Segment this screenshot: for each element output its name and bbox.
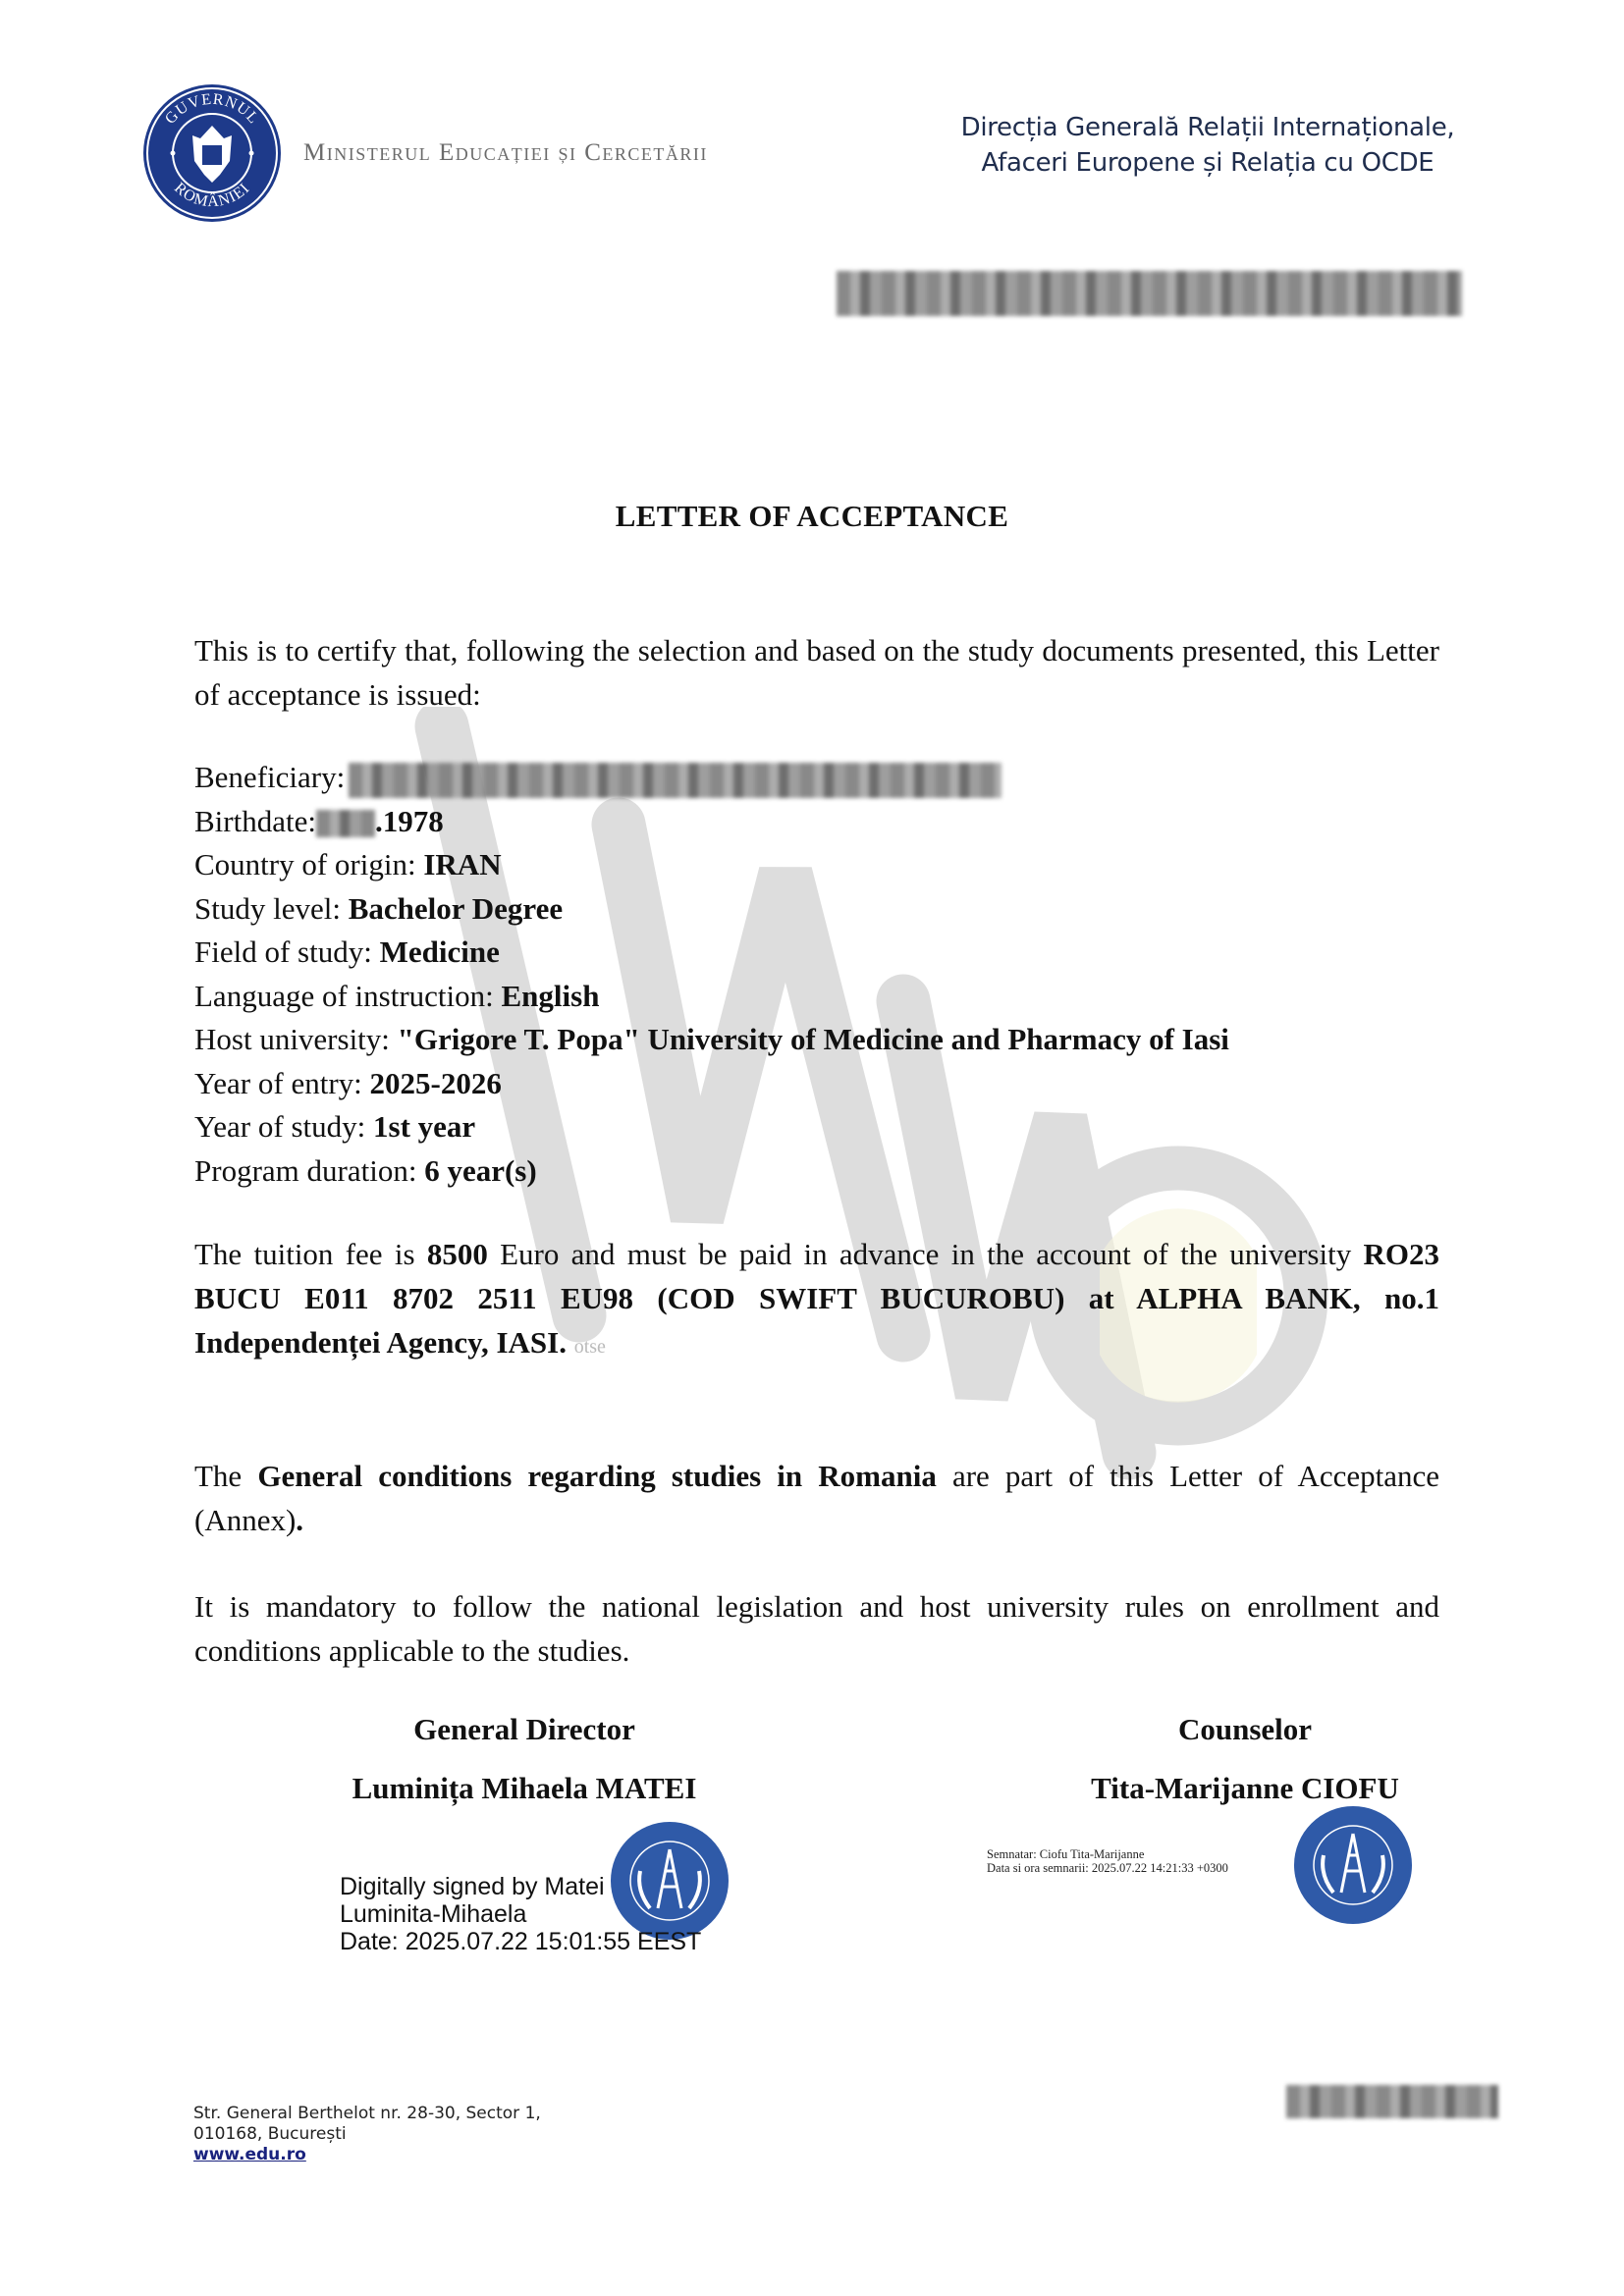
mandatory-paragraph: It is mandatory to follow the national l… xyxy=(194,1584,1439,1673)
field-year-of-entry: Year of entry: 2025-2026 xyxy=(194,1062,1229,1106)
stamp-icon-right xyxy=(1294,1806,1412,1924)
field-study-level: Study level: Bachelor Degree xyxy=(194,887,1229,932)
redacted-birth-day-month xyxy=(316,810,375,837)
redacted-footer-code xyxy=(1286,2085,1498,2118)
digital-signature-left: Digitally signed by Matei Luminita-Mihae… xyxy=(340,1873,701,1955)
field-beneficiary: Beneficiary: xyxy=(194,756,1229,800)
field-program-duration: Program duration: 6 year(s) xyxy=(194,1149,1229,1194)
signer-right-name: Tita-Marijanne CIOFU xyxy=(1000,1771,1490,1806)
field-language: Language of instruction: English xyxy=(194,975,1229,1019)
footer-address: Str. General Berthelot nr. 28-30, Sector… xyxy=(193,2104,541,2165)
beneficiary-details: Beneficiary: Birthdate:.1978 Country of … xyxy=(194,756,1229,1193)
signer-left-role: General Director xyxy=(328,1712,721,1747)
ministry-name: Ministerul Educației și Cercetării xyxy=(303,139,708,167)
tuition-paragraph: The tuition fee is 8500 Euro and must be… xyxy=(194,1232,1439,1369)
document-title: LETTER OF ACCEPTANCE xyxy=(0,499,1624,534)
intro-paragraph: This is to certify that, following the s… xyxy=(194,628,1439,717)
field-birthdate: Birthdate:.1978 xyxy=(194,800,1229,844)
redacted-reference-number xyxy=(837,271,1462,316)
website-link[interactable]: www.edu.ro xyxy=(193,2145,306,2164)
field-host-university: Host university: "Grigore T. Popa" Unive… xyxy=(194,1018,1229,1062)
field-country: Country of origin: IRAN xyxy=(194,843,1229,887)
government-seal-logo: GUVERNUL ROMÂNIEI xyxy=(143,84,281,222)
field-year-of-study: Year of study: 1st year xyxy=(194,1105,1229,1149)
digital-signature-right: Semnatar: Ciofu Tita-Marijanne Data si o… xyxy=(987,1847,1228,1875)
conditions-paragraph: The General conditions regarding studies… xyxy=(194,1454,1439,1542)
direction-name: Direcția Generală Relații Internaționale… xyxy=(884,110,1532,181)
signer-left-name: Luminița Mihaela MATEI xyxy=(279,1771,770,1806)
signer-right-role: Counselor xyxy=(1049,1712,1441,1747)
redacted-beneficiary-name xyxy=(349,763,1001,798)
field-field-of-study: Field of study: Medicine xyxy=(194,931,1229,975)
